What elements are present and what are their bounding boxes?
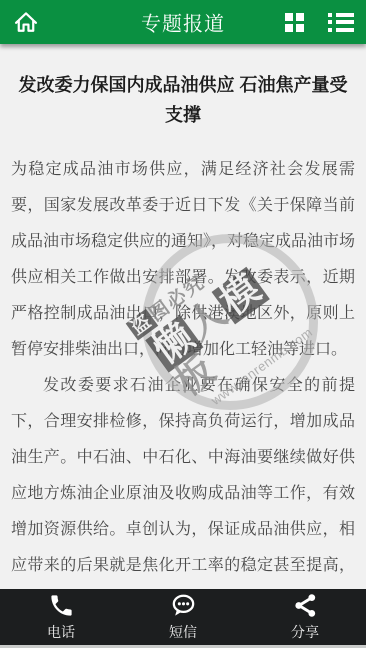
sms-label: 短信 xyxy=(169,622,197,642)
article-headline: 发改委力保国内成品油供应 石油焦产量受支撑 xyxy=(12,70,354,130)
grid-view-icon[interactable] xyxy=(285,13,304,32)
header-actions xyxy=(285,13,354,32)
article-body: 为稳定成品油市场供应，满足经济社会发展需要，国家发展改革委于近日下发《关于保障当… xyxy=(11,152,355,620)
sms-button[interactable]: 短信 xyxy=(122,589,244,645)
sms-icon xyxy=(170,592,197,619)
page-title: 专题报道 xyxy=(141,8,225,37)
home-icon[interactable] xyxy=(12,8,40,36)
article-page: { "header": { "title": "专题报道" }, "articl… xyxy=(0,0,366,648)
phone-label: 电话 xyxy=(47,622,75,642)
article-paragraph: 发改委要求石油企业要在确保安全的前提下，合理安排检修，保持高负荷运行，增加成品油… xyxy=(11,368,355,620)
share-icon xyxy=(292,592,319,619)
share-button[interactable]: 分享 xyxy=(244,589,366,645)
list-menu-icon[interactable] xyxy=(328,13,354,32)
article-content: 发改委力保国内成品油供应 石油焦产量受支撑 为稳定成品油市场供应，满足经济社会发… xyxy=(0,44,366,648)
footer-action-bar: 电话 短信 分享 xyxy=(0,589,366,648)
phone-icon xyxy=(48,592,75,619)
phone-button[interactable]: 电话 xyxy=(0,589,122,645)
header-bar: 专题报道 xyxy=(0,0,366,44)
share-label: 分享 xyxy=(291,622,319,642)
article-paragraph: 为稳定成品油市场供应，满足经济社会发展需要，国家发展改革委于近日下发《关于保障当… xyxy=(11,152,355,368)
